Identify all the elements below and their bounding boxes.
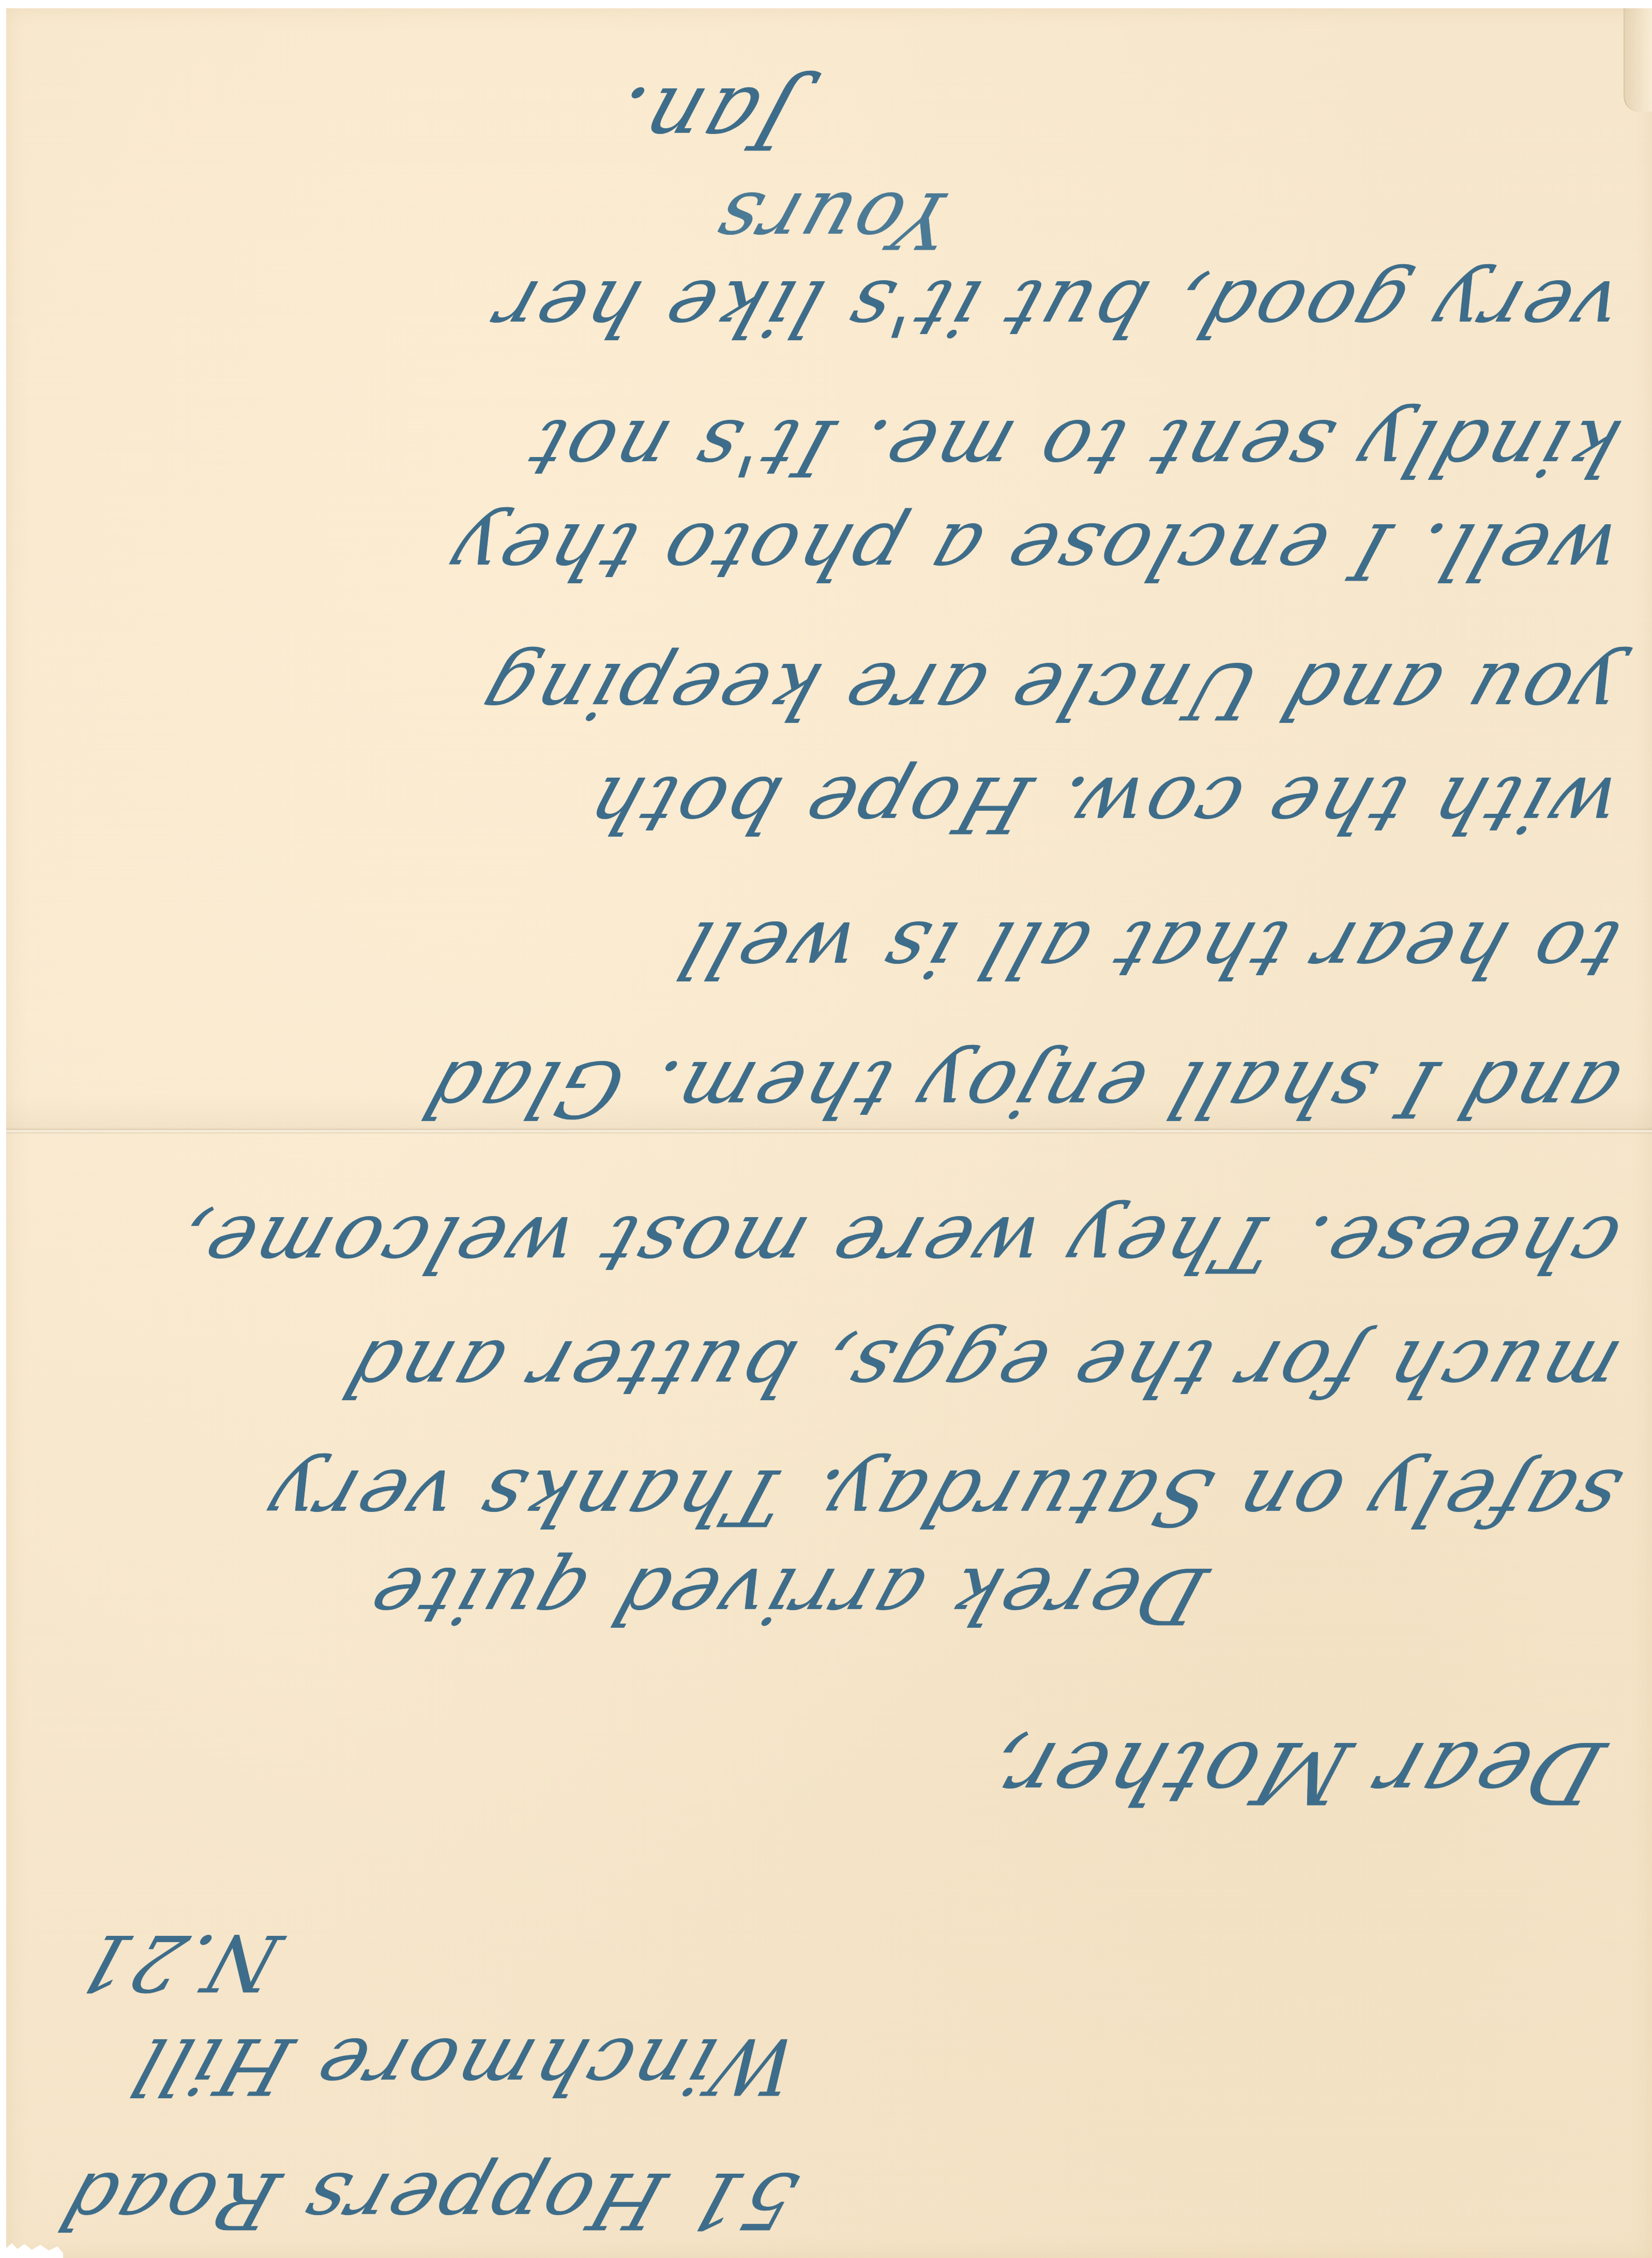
signature: Jan. — [599, 75, 807, 160]
body-line-11: very good, but it's like her — [482, 269, 1629, 346]
body-line-7: with the cow. Hope both — [575, 765, 1629, 843]
body-line-6: to hear that all is well — [668, 910, 1629, 988]
body-line-9: well. I enclose a photo they — [438, 512, 1629, 589]
closing: Yours — [703, 181, 962, 259]
salutation: Dear Mother, — [974, 1730, 1613, 1815]
body-line-1: Derek arrived quite — [357, 1556, 1215, 1634]
body-line-8: you and Uncle are keeping — [469, 651, 1629, 729]
address-line-2: Winchmore Hill — [122, 2027, 807, 2104]
body-line-5: and I shall enjoy them. Glad — [413, 1050, 1629, 1127]
address-line-3: N.21 — [66, 1923, 290, 2001]
letter-content: 51 Hoppers Road Winchmore Hill N.21 Dear… — [0, 0, 1652, 2258]
body-line-4: cheese. They were most welcome, — [164, 1205, 1629, 1282]
body-line-10: kindly sent to me. It's not — [517, 408, 1629, 486]
body-line-2: safely on Saturday. Thanks very — [256, 1458, 1629, 1536]
body-line-3: much for the eggs, butter and — [334, 1329, 1629, 1406]
address-line-1: 51 Hoppers Road — [50, 2161, 807, 2239]
